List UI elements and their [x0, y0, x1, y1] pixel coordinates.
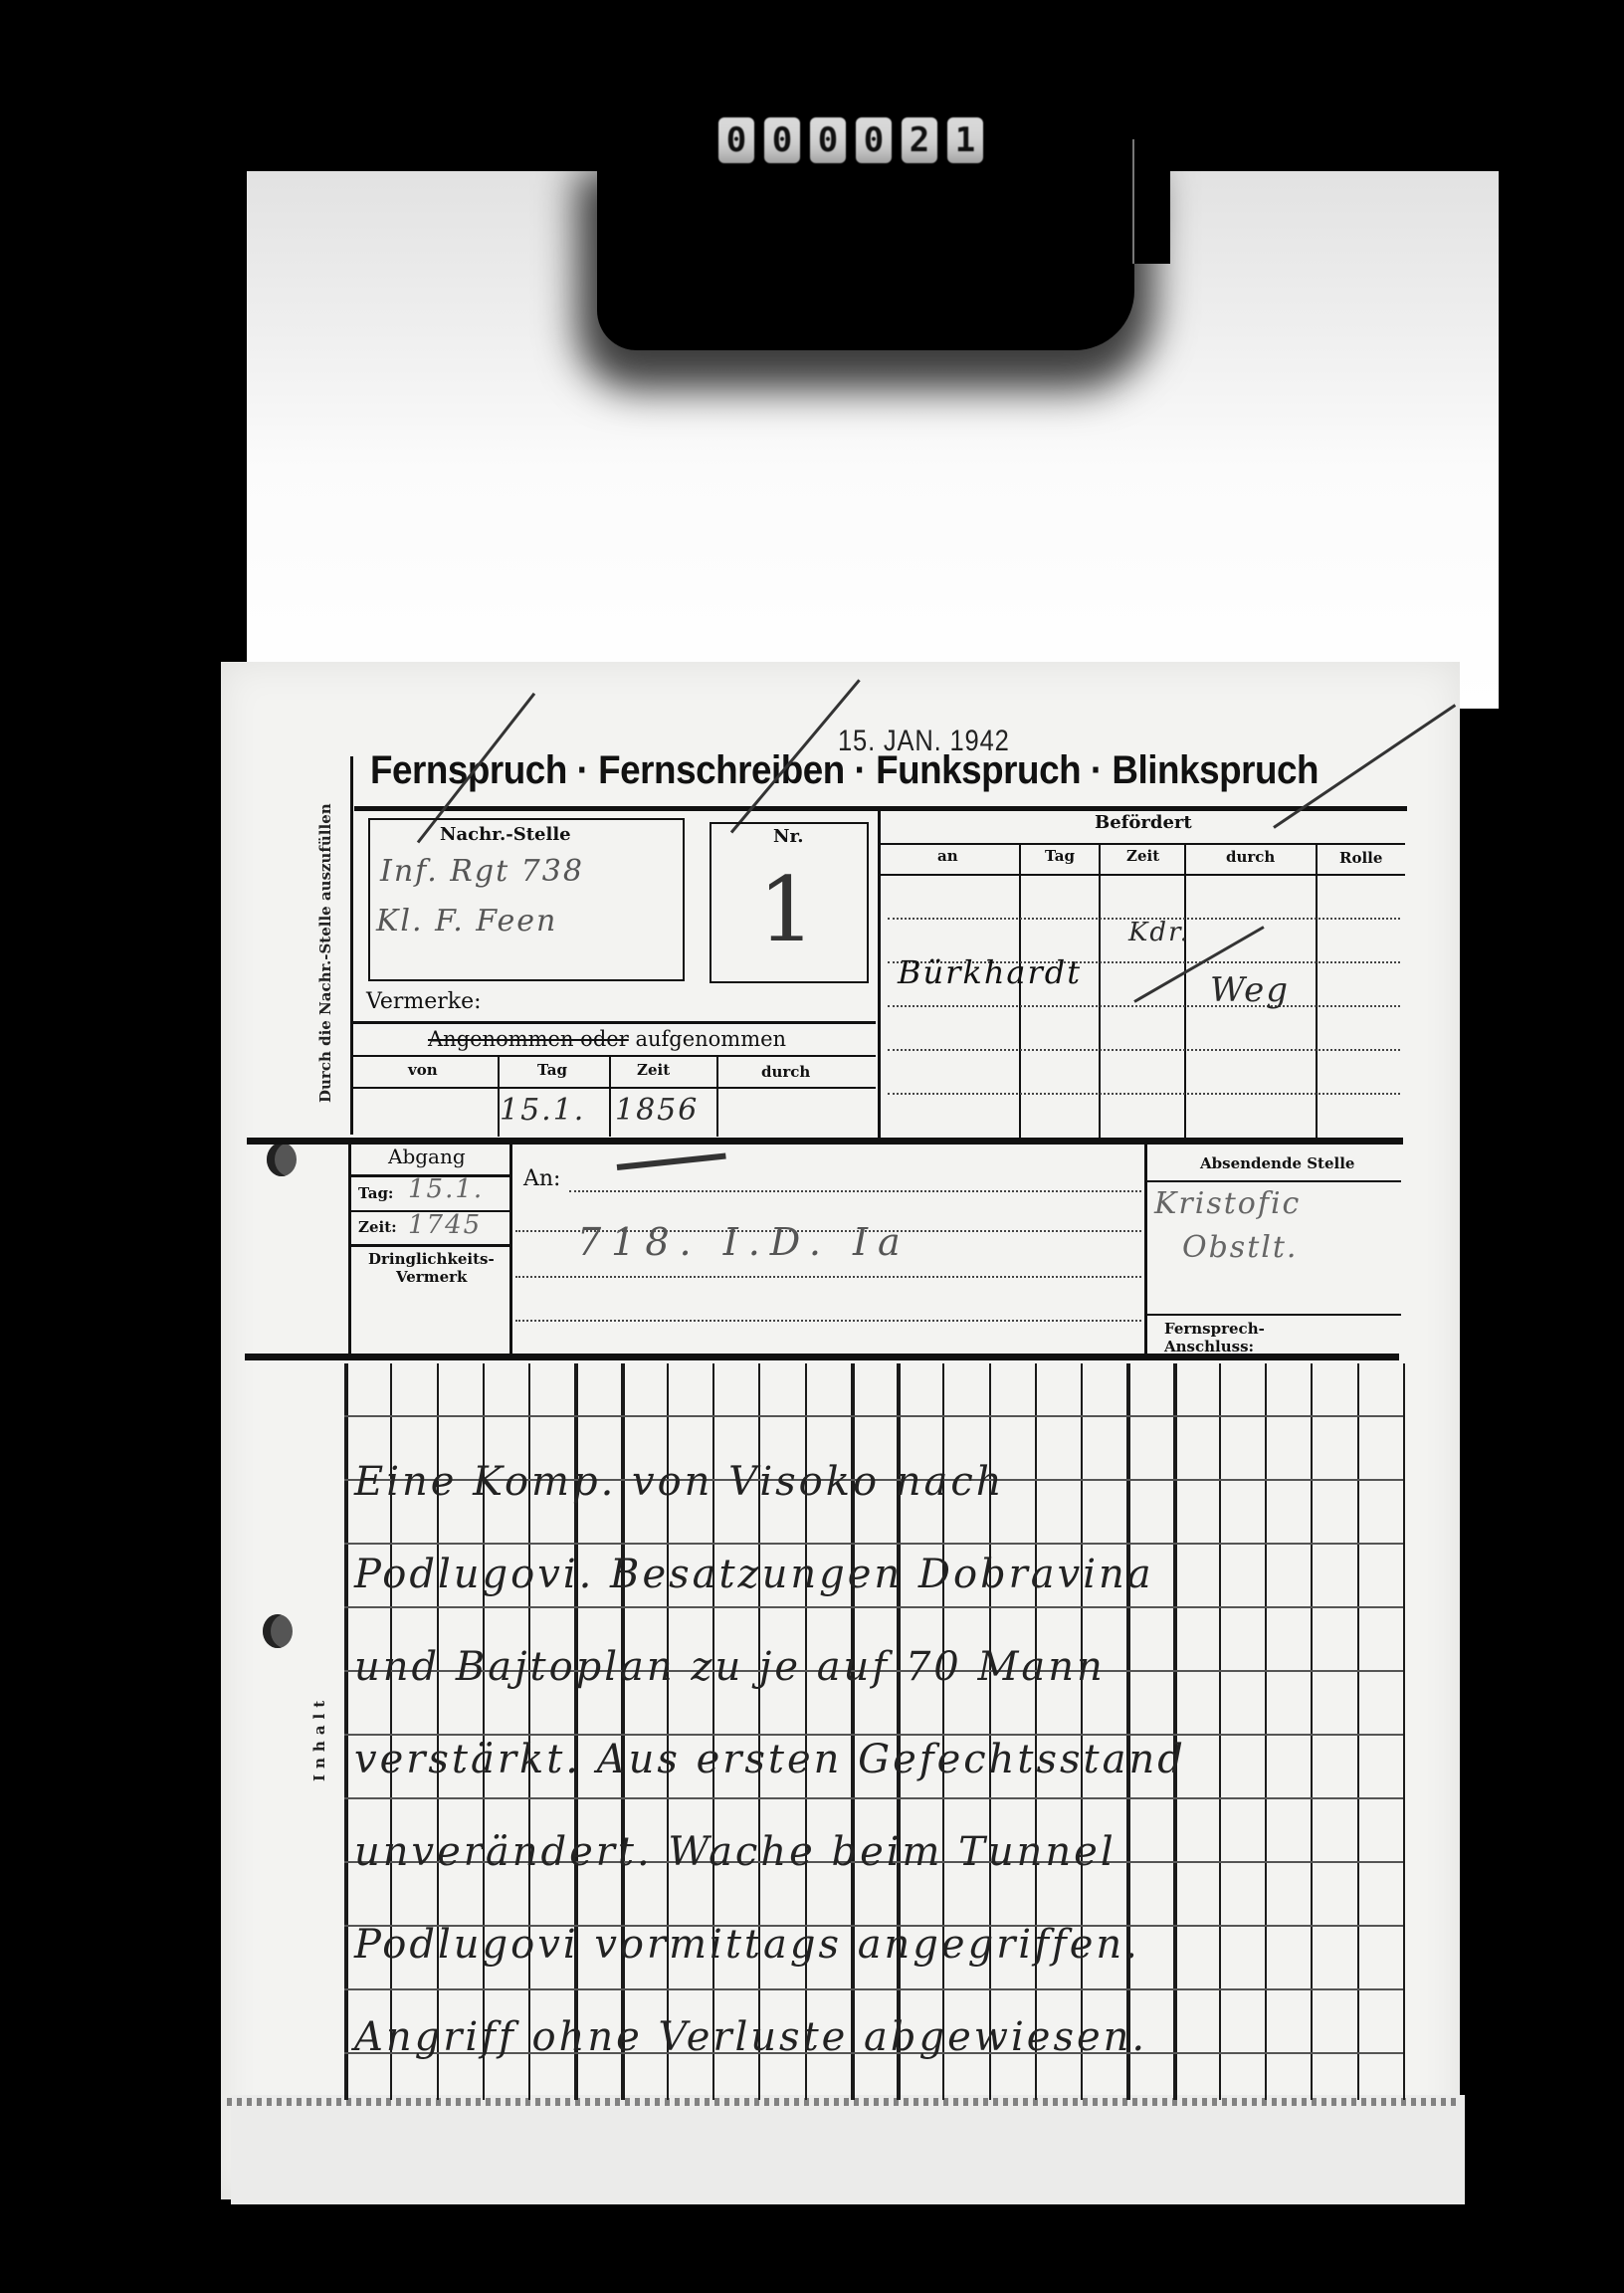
grid-row-line — [344, 1734, 1403, 1736]
absendende-left-border — [1144, 1143, 1147, 1354]
side-label-nachr-stelle: Durch die Nachr.-Stelle auszufüllen — [316, 803, 334, 1103]
col-divider — [716, 1057, 718, 1137]
nr-label: Nr. — [773, 826, 804, 847]
message-line[interactable]: verstärkt. Aus ersten Gefechtsstand — [354, 1737, 1186, 1782]
stamp-digit: 0 — [856, 117, 892, 163]
befoerdert-zeit-value[interactable]: Kdr. — [1128, 918, 1190, 947]
aufgenommen-col-von: von — [408, 1061, 438, 1079]
vermerke-label: Vermerke: — [366, 989, 482, 1014]
befoerdert-rule — [881, 843, 1405, 845]
grid-row-line — [344, 1415, 1403, 1417]
befoerdert-header-rule — [881, 874, 1405, 876]
dotted-rule — [888, 1093, 1400, 1095]
befoerdert-col-durch: durch — [1226, 848, 1275, 866]
vermerke-rule — [353, 1021, 876, 1024]
befoerdert-col-zeit: Zeit — [1126, 847, 1159, 865]
archive-stamp-counter: 0 0 0 0 2 1 — [718, 117, 983, 163]
absendende-rule — [1147, 1180, 1401, 1182]
aufgenommen-text: aufgenommen — [635, 1027, 786, 1051]
stamp-digit: 2 — [902, 117, 937, 163]
befoerdert-col-an: an — [937, 847, 958, 865]
dotted-rule — [569, 1190, 1141, 1192]
nachr-stelle-value-line1[interactable]: Inf. Rgt 738 — [380, 854, 584, 889]
stamp-digit: 1 — [947, 117, 983, 163]
absendende-rule — [1147, 1314, 1401, 1316]
abgang-label: Abgang — [388, 1145, 466, 1168]
befoerdert-col-tag: Tag — [1045, 847, 1075, 865]
grid-row-line — [344, 1988, 1403, 1990]
binder-clip-shadow — [597, 171, 1134, 350]
abgang-zeit-label: Zeit: — [358, 1218, 397, 1236]
abgang-tag-label: Tag: — [358, 1184, 393, 1202]
message-line[interactable]: Podlugovi. Besatzungen Dobravina — [354, 1552, 1154, 1597]
fernsprech-label-1: Fernsprech- — [1164, 1320, 1265, 1338]
dringlichkeit-label-2: Vermerk — [396, 1268, 467, 1286]
absendende-value-line2[interactable]: Obstlt. — [1182, 1230, 1298, 1265]
punch-hole-icon — [267, 1143, 297, 1176]
message-line[interactable]: Angriff ohne Verluste abgewiesen. — [354, 2014, 1147, 2060]
befoerdert-an-value[interactable]: Bürkhardt — [898, 953, 1082, 991]
nachr-stelle-value-line2[interactable]: Kl. F. Feen — [376, 904, 557, 938]
abgang-rule — [350, 1244, 511, 1247]
stamp-digit: 0 — [718, 117, 754, 163]
befoerdert-col-rolle: Rolle — [1339, 849, 1382, 867]
section-rule-thick — [247, 1138, 1403, 1145]
message-line[interactable]: und Bajtoplan zu je auf 70 Mann — [354, 1644, 1106, 1690]
grid-row-line — [344, 1606, 1403, 1608]
an-value[interactable]: 718. I.D. Ia — [577, 1220, 911, 1264]
nachr-stelle-label: Nachr.-Stelle — [440, 824, 571, 845]
aufgenommen-col-durch: durch — [761, 1063, 810, 1081]
angenommen-oder-struck: Angenommen oder — [428, 1027, 629, 1051]
abgang-tag-value[interactable]: 15.1. — [408, 1174, 484, 1204]
befoerdert-durch-value[interactable]: Weg — [1210, 970, 1290, 1010]
stamp-digit: 0 — [810, 117, 846, 163]
aufgenommen-tag-value[interactable]: 15.1. — [500, 1093, 585, 1128]
message-line[interactable]: unverändert. Wache beim Tunnel — [354, 1829, 1116, 1875]
aufgenommen-col-zeit: Zeit — [637, 1061, 670, 1079]
grid-row-line — [344, 1797, 1403, 1799]
binder-clip-tab — [1132, 139, 1170, 264]
section-rule-thick — [245, 1354, 1399, 1360]
form-lower-margin — [231, 2095, 1465, 2204]
dotted-rule — [888, 1005, 1400, 1007]
dotted-rule — [515, 1276, 1141, 1278]
stamp-digit: 0 — [764, 117, 800, 163]
left-form-border — [350, 756, 353, 1135]
message-line[interactable]: Podlugovi vormittags angegriffen. — [354, 1922, 1140, 1968]
punch-hole-icon — [263, 1614, 293, 1648]
abgang-zeit-value[interactable]: 1745 — [408, 1210, 482, 1240]
absendende-value-line1[interactable]: Kristofic — [1154, 1186, 1301, 1221]
befoerdert-left-border — [878, 808, 881, 1139]
absendende-stelle-label: Absendende Stelle — [1200, 1154, 1354, 1172]
title-rule — [354, 806, 1407, 811]
grid-row-line — [344, 1543, 1403, 1545]
side-label-inhalt: Inhalt — [310, 1695, 328, 1781]
aufgenommen-label: Angenommen oder aufgenommen — [428, 1027, 786, 1051]
nr-value[interactable]: 1 — [758, 858, 817, 962]
form-title: Fernspruch · Fernschreiben · Funkspruch … — [370, 748, 1319, 793]
dotted-rule — [888, 1049, 1400, 1051]
col-divider — [609, 1057, 611, 1137]
grid-column-line — [1403, 1363, 1405, 2100]
an-label: An: — [523, 1166, 560, 1191]
aufgenommen-col-tag: Tag — [537, 1061, 567, 1079]
dotted-rule — [515, 1320, 1141, 1322]
aufgenommen-zeit-value[interactable]: 1856 — [615, 1093, 699, 1128]
aufgenommen-rule — [353, 1055, 876, 1057]
aufgenommen-header-rule — [353, 1087, 876, 1089]
message-line[interactable]: Eine Komp. von Visoko nach — [354, 1459, 1005, 1505]
befoerdert-label: Befördert — [1095, 812, 1192, 833]
dringlichkeit-label-1: Dringlichkeits- — [368, 1250, 495, 1268]
